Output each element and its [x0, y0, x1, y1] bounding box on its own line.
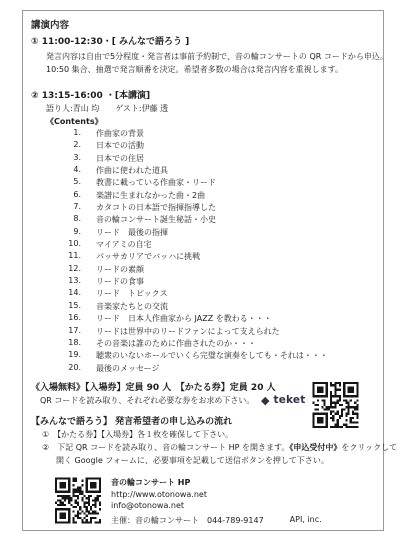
contents-label: 《Contents》 — [46, 117, 103, 127]
list-item-text: 音楽家たちとの交流 — [96, 301, 168, 312]
list-item: 8.音の輪コンサート誕生秘話・小史 — [23, 214, 383, 226]
list-item: 12.リードの素顔 — [23, 264, 383, 276]
footer-email: info@otonowa.net — [111, 501, 184, 511]
list-item-number: 6. — [23, 190, 81, 199]
list-item-number: 13. — [23, 276, 81, 285]
list-item: 11.パッサカリアでバッハに挑戦 — [23, 251, 383, 263]
otonowa-hp-qr-code — [55, 477, 101, 524]
list-item-text: リードは世界中のリードファンによって支えられた — [96, 326, 280, 337]
apply-step2-line2: 開く Google フォームに、必要事項を記載して送信ボタンを押して下さい。 — [56, 456, 329, 466]
list-item-number: 9. — [23, 227, 81, 236]
list-item: 1.作曲家の背景 — [23, 128, 383, 140]
footer-company: API, inc. — [290, 515, 322, 526]
list-item-number: 8. — [23, 214, 81, 223]
list-item-text: 音の輪コンサート誕生秘話・小史 — [96, 214, 216, 225]
list-item-number: 11. — [23, 251, 81, 260]
apply-heading: 【みんなで語ろう】 発言希望者の申し込みの流れ — [31, 417, 232, 428]
list-item-text: マイアミの自宅 — [96, 239, 152, 250]
list-item: 2.日本での活動 — [23, 140, 383, 152]
list-item-text: その音楽は誰のために作曲されたのか・・・ — [96, 338, 256, 349]
footer-hp-title: 音の輪コンサート HP — [111, 478, 190, 488]
list-item-text: 作曲に使われた道具 — [96, 165, 168, 176]
list-item-number: 2. — [23, 140, 81, 149]
list-item: 17.リードは世界中のリードファンによって支えられた — [23, 326, 383, 338]
session2-speakers: 語り人:青山 均 ゲスト:伊藤 透 — [46, 104, 168, 114]
list-item: 4.作曲に使われた道具 — [23, 165, 383, 177]
list-item: 15.音楽家たちとの交流 — [23, 301, 383, 313]
flyer-page: 講演内容 ① 11:00-12:30・[ みんなで語ろう ] 発言内容は自由で5… — [0, 0, 400, 545]
list-item-text: 作曲家の背景 — [96, 128, 144, 139]
document-frame: 講演内容 ① 11:00-12:30・[ みんなで語ろう ] 発言内容は自由で5… — [22, 10, 384, 531]
list-item-text: リード トピックス — [96, 288, 168, 299]
list-item-text: 聴衆のいないホールでいくら完璧な演奏をしても・それは・・・ — [96, 350, 328, 361]
apply-step2-highlight: 《申込受付中》 — [289, 443, 341, 452]
footer-organizer: 主催：音の輪コンサート 044-789-9147 — [111, 515, 264, 526]
list-item-number: 17. — [23, 326, 81, 335]
apply-step2-tail: をクリックして — [341, 443, 397, 452]
list-item-number: 3. — [23, 153, 81, 162]
list-item: 13.リードの食事 — [23, 276, 383, 288]
teket-logo: ◆ teket — [261, 394, 305, 406]
list-item-number: 12. — [23, 264, 81, 273]
list-item: 9.リード 最後の指揮 — [23, 227, 383, 239]
page-title: 講演内容 — [31, 17, 69, 31]
tickets-instruction: QR コードを読み取り、それぞれ必要な券をお求め下さい。 — [40, 396, 254, 406]
session1-line1: 発言内容は自由で5分程度・発言者は事前予約制で、音の輪コンサートの QR コード… — [46, 52, 388, 62]
list-item-number: 4. — [23, 165, 81, 174]
list-item-text: 日本での住居 — [96, 153, 144, 164]
teket-diamond-icon: ◆ — [261, 395, 269, 406]
tickets-heading: 《入場無料》【入場券】定員 90 人 【かたる券】定員 20 人 — [31, 383, 276, 394]
contents-list: 1.作曲家の背景 2.日本での活動 3.日本での住居 4.作曲に使われた道具 5… — [23, 128, 383, 375]
list-item: 6.楽譜に生まれなかった曲・2曲 — [23, 190, 383, 202]
list-item: 14.リード トピックス — [23, 288, 383, 300]
list-item: 10.マイアミの自宅 — [23, 239, 383, 251]
list-item: 5.教書に載っている作曲家・リード — [23, 177, 383, 189]
apply-step1: ① 【かたる券】【入場券】各１枚を確保して下さい。 — [42, 430, 233, 440]
list-item-text: リードの素顔 — [96, 264, 144, 275]
list-item-text: リード 日本人作曲家から JAZZ を教わる・・・ — [96, 313, 272, 324]
list-item-text: 楽譜に生まれなかった曲・2曲 — [96, 190, 205, 201]
list-item: 18.その音楽は誰のために作曲されたのか・・・ — [23, 338, 383, 350]
list-item-number: 10. — [23, 239, 81, 248]
list-item: 16.リード 日本人作曲家から JAZZ を教わる・・・ — [23, 313, 383, 325]
apply-step2-text: ② 下記 QR コードを読み取り、音の輪コンサート HP を開きます。 — [42, 443, 289, 452]
list-item-number: 19. — [23, 350, 81, 359]
teket-qr-code — [312, 382, 359, 428]
list-item-text: リード 最後の指揮 — [96, 227, 168, 238]
session1-line2: 10:50 集合、抽選で発言順番を決定。希望者多数の場合は発言内容を重視します。 — [46, 65, 343, 75]
list-item-number: 14. — [23, 288, 81, 297]
list-item-text: 日本での活動 — [96, 140, 144, 151]
list-item: 19.聴衆のいないホールでいくら完璧な演奏をしても・それは・・・ — [23, 350, 383, 362]
list-item-text: パッサカリアでバッハに挑戦 — [96, 251, 200, 262]
list-item-text: リードの食事 — [96, 276, 144, 287]
footer-url: http://www.otonowa.net — [111, 490, 207, 500]
list-item-number: 20. — [23, 363, 81, 372]
list-item: 3.日本での住居 — [23, 153, 383, 165]
list-item-number: 1. — [23, 128, 81, 137]
list-item-text: 最後のメッセージ — [96, 363, 160, 374]
list-item-number: 7. — [23, 202, 81, 211]
list-item-number: 18. — [23, 338, 81, 347]
teket-wordmark: teket — [273, 394, 305, 406]
list-item-number: 5. — [23, 177, 81, 186]
list-item: 20.最後のメッセージ — [23, 363, 383, 375]
session1-heading: ① 11:00-12:30・[ みんなで語ろう ] — [31, 37, 189, 48]
list-item-number: 16. — [23, 313, 81, 322]
list-item-text: カタコトの日本語で指揮指導した — [96, 202, 216, 213]
list-item: 7.カタコトの日本語で指揮指導した — [23, 202, 383, 214]
list-item-number: 15. — [23, 301, 81, 310]
apply-step2: ② 下記 QR コードを読み取り、音の輪コンサート HP を開きます。《申込受付… — [42, 443, 397, 453]
list-item-text: 教書に載っている作曲家・リード — [96, 177, 216, 188]
footer-organizer-row: 主催：音の輪コンサート 044-789-9147 API, inc. — [111, 515, 322, 526]
session2-heading: ② 13:15-16:00 ・[本講演] — [31, 91, 150, 102]
